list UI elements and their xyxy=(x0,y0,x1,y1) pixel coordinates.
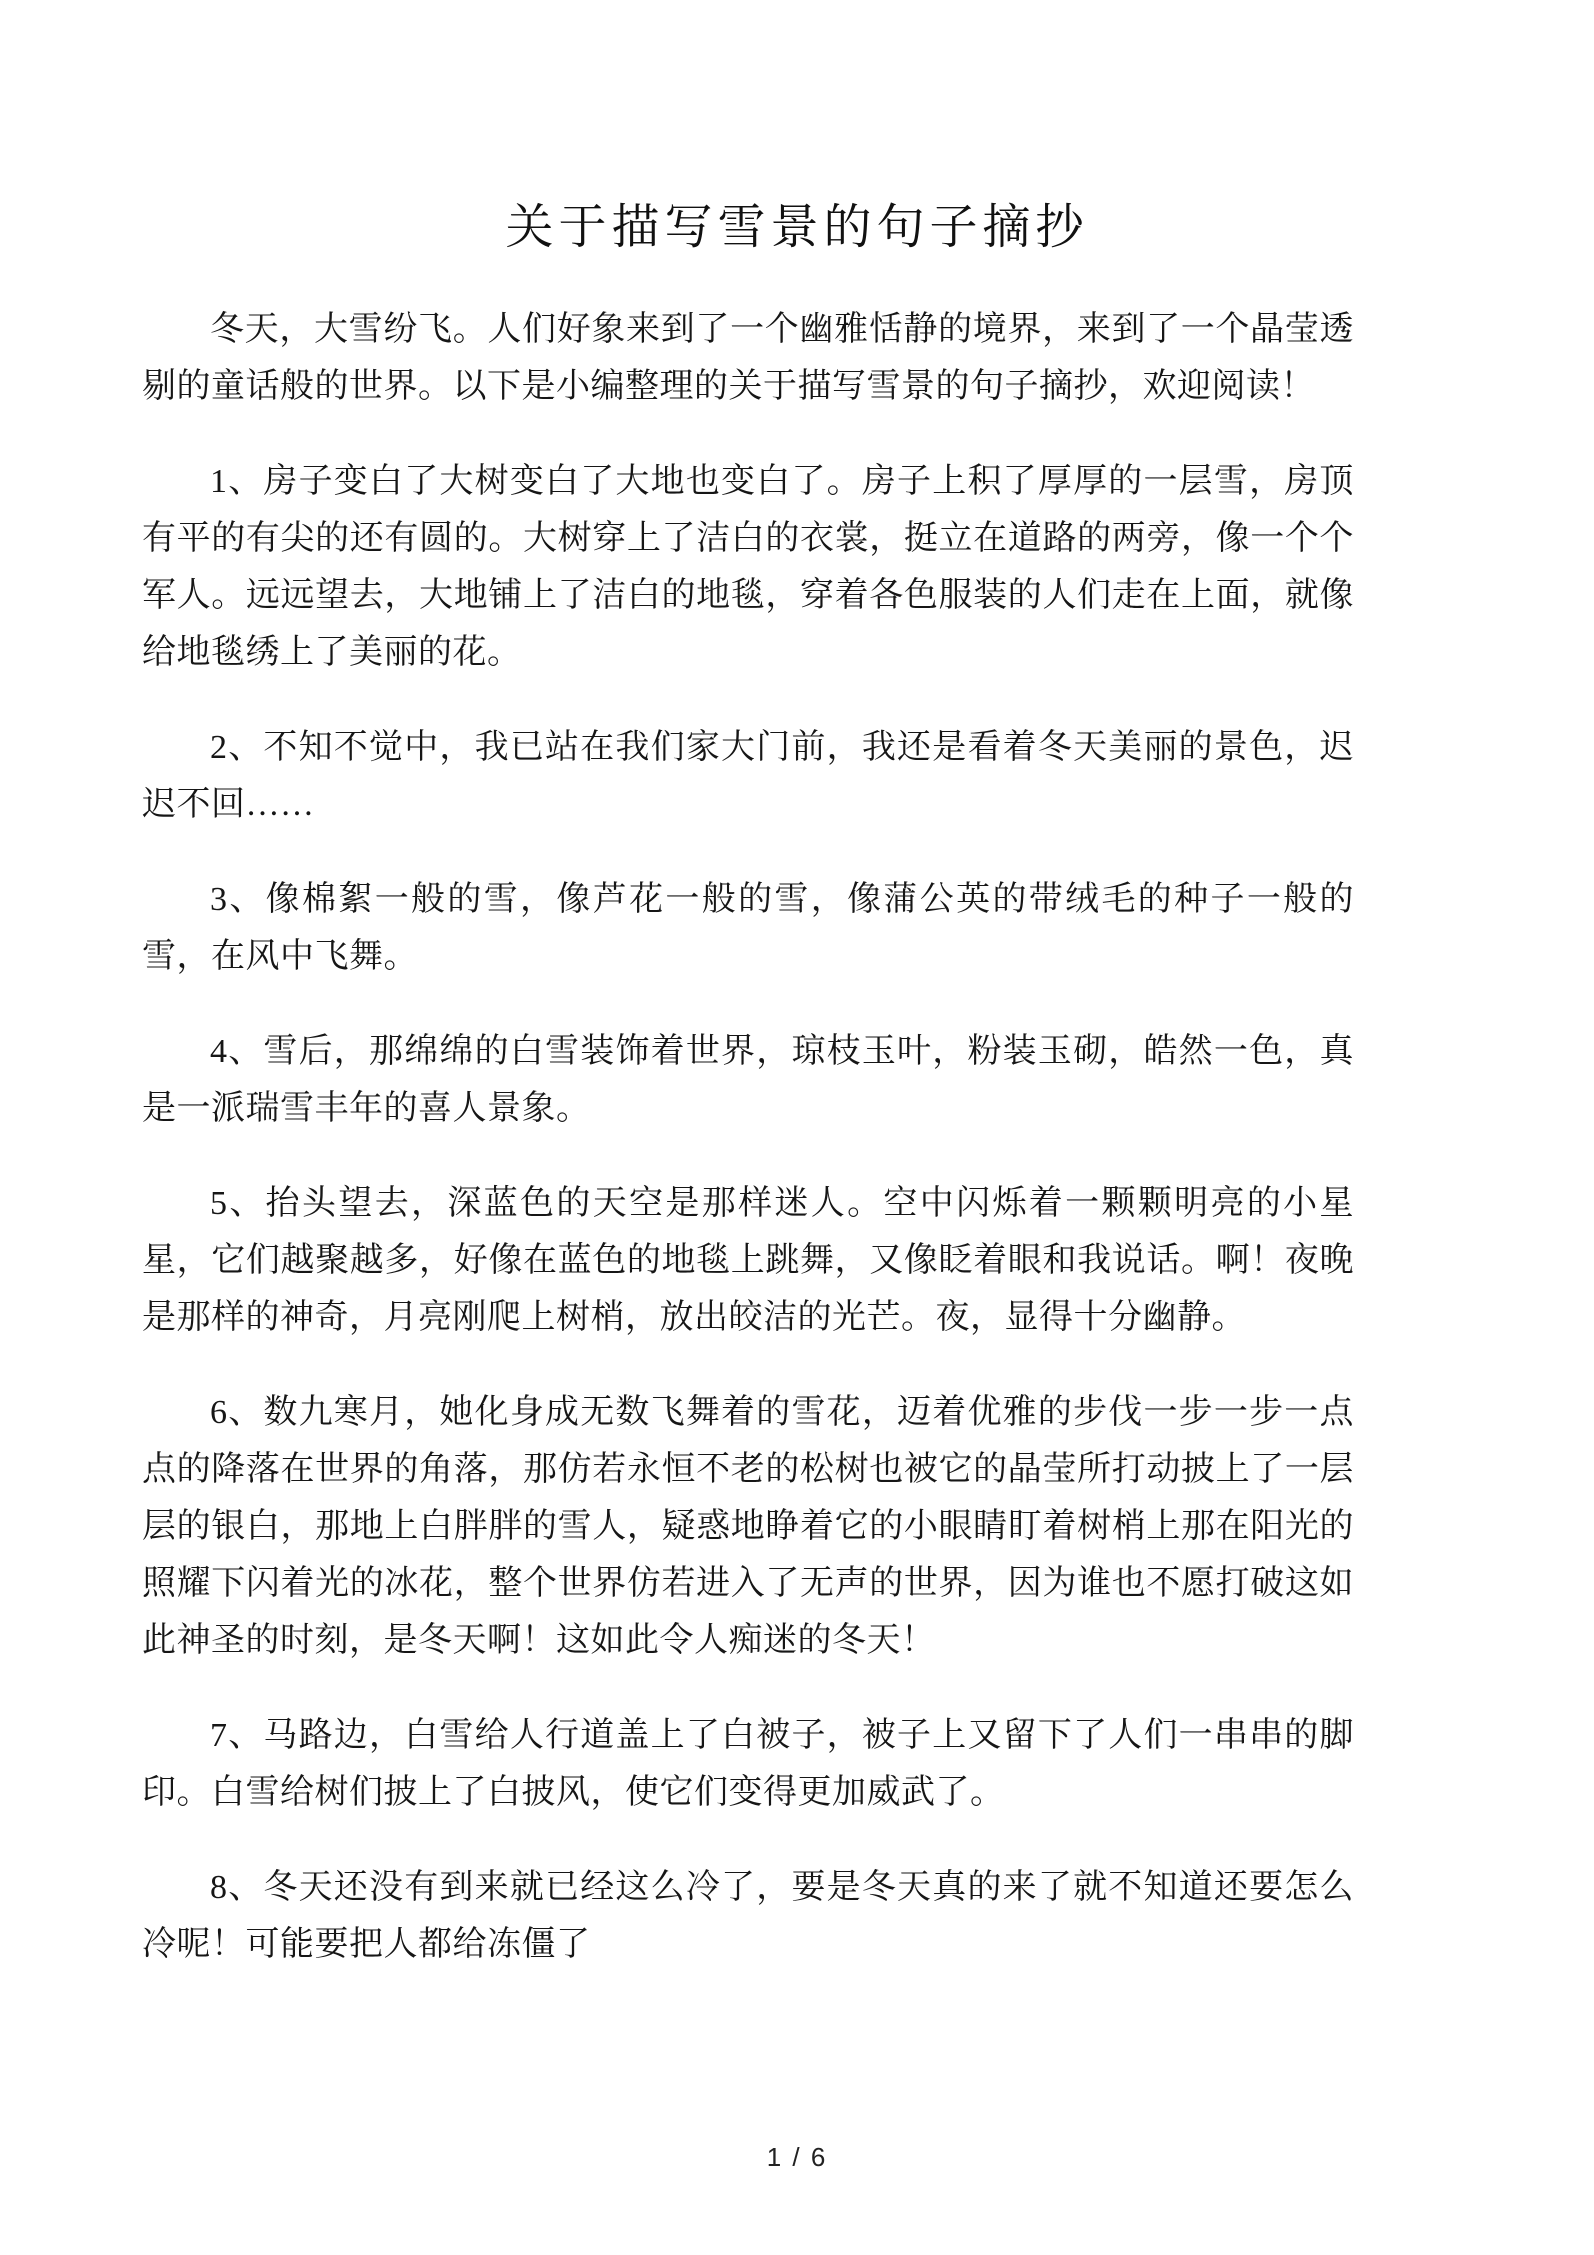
paragraph-4: 4、雪后，那绵绵的白雪装饰着世界，琼枝玉叶，粉装玉砌，皓然一色，真是一派瑞雪丰年… xyxy=(142,1023,1354,1137)
page-title: 关于描写雪景的句子摘抄 xyxy=(0,0,1594,255)
paragraph-6: 6、数九寒月，她化身成无数飞舞着的雪花，迈着优雅的步伐一步一步一点点的降落在世界… xyxy=(142,1384,1354,1669)
document-page: 关于描写雪景的句子摘抄 冬天，大雪纷飞。人们好象来到了一个幽雅恬静的境界，来到了… xyxy=(0,0,1594,2255)
document-body: 冬天，大雪纷飞。人们好象来到了一个幽雅恬静的境界，来到了一个晶莹透剔的童话般的世… xyxy=(142,301,1354,1973)
paragraph-5: 5、抬头望去，深蓝色的天空是那样迷人。空中闪烁着一颗颗明亮的小星星，它们越聚越多… xyxy=(142,1175,1354,1346)
paragraph-3: 3、像棉絮一般的雪，像芦花一般的雪，像蒲公英的带绒毛的种子一般的雪，在风中飞舞。 xyxy=(142,871,1354,985)
paragraph-2: 2、不知不觉中，我已站在我们家大门前，我还是看着冬天美丽的景色，迟迟不回…… xyxy=(142,719,1354,833)
paragraph-1: 1、房子变白了大树变白了大地也变白了。房子上积了厚厚的一层雪，房顶有平的有尖的还… xyxy=(142,453,1354,681)
paragraph-8: 8、冬天还没有到来就已经这么冷了，要是冬天真的来了就不知道还要怎么冷呢！可能要把… xyxy=(142,1859,1354,1973)
page-number: 1 / 6 xyxy=(0,2142,1594,2173)
paragraph-intro: 冬天，大雪纷飞。人们好象来到了一个幽雅恬静的境界，来到了一个晶莹透剔的童话般的世… xyxy=(142,301,1354,415)
paragraph-7: 7、马路边，白雪给人行道盖上了白被子，被子上又留下了人们一串串的脚印。白雪给树们… xyxy=(142,1707,1354,1821)
